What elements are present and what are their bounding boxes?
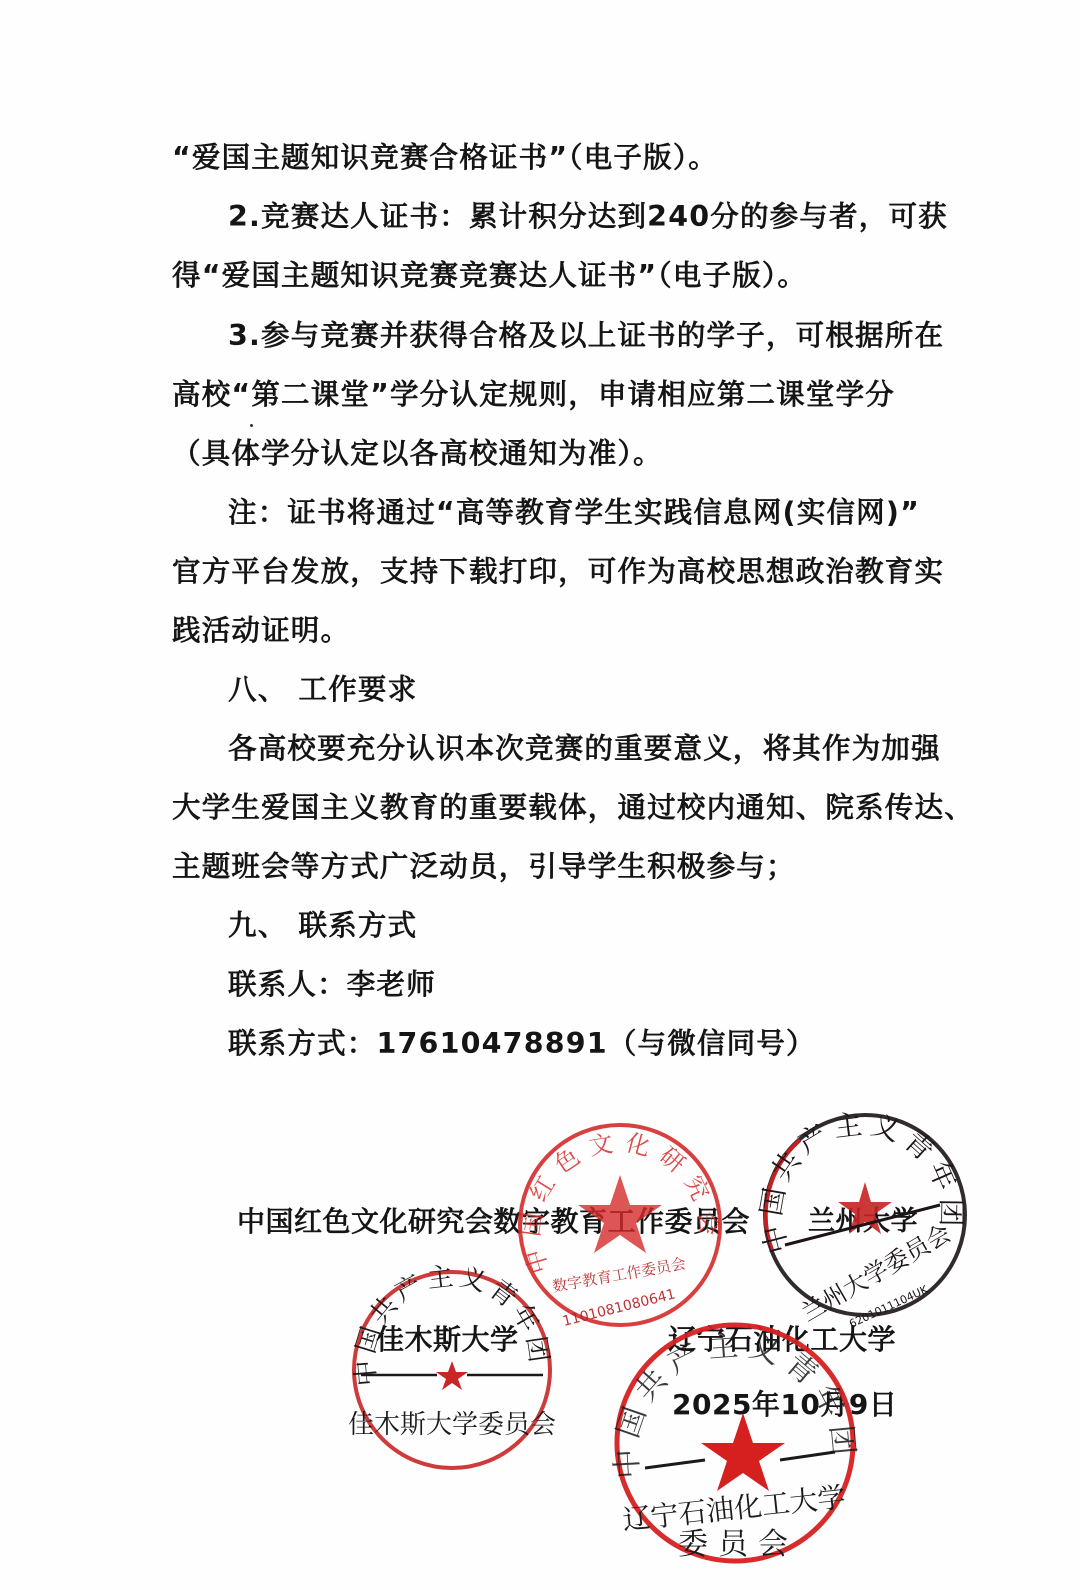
section-heading-work-requirements: 八、 工作要求 [228,670,417,710]
paragraph-line: 高校“第二课堂”学分认定规则，申请相应第二课堂学分 [172,375,895,415]
paragraph-line: 主题班会等方式广泛动员，引导学生积极参与； [172,847,796,887]
svg-text:委员会: 委员会 [678,1527,798,1562]
svg-text:1101081080641: 1101081080641 [561,1286,677,1330]
stray-dot [250,424,253,427]
signature-liaoning-petrochem: 辽宁石油化工大学 [668,1320,896,1360]
svg-text:佳木斯大学委员会: 佳木斯大学委员会 [348,1410,556,1440]
contact-person: 联系人：李老师 [228,965,436,1005]
document-page: “爱国主题知识竞赛合格证书”（电子版）。 2.竞赛达人证书：累计积分达到240分… [0,0,1080,1590]
signature-org-red-culture: 中国红色文化研究会数字教育工作委员会 [237,1202,750,1242]
section-heading-contact: 九、 联系方式 [228,906,417,946]
contact-phone: 联系方式：17610478891（与微信同号） [228,1024,816,1064]
signature-date: 2025年10月9日 [672,1385,897,1425]
paragraph-line: 3.参与竞赛并获得合格及以上证书的学子，可根据所在 [228,316,944,356]
stamp-jiamusi-university-youth-league: 中国共产主义青年团 佳木斯大学委员会 [347,1265,557,1475]
paragraph-line: 各高校要充分认识本次竞赛的重要意义，将其作为加强 [228,729,941,769]
paragraph-line: 注：证书将通过“高等教育学生实践信息网(实信网)” [228,493,920,533]
paragraph-line: 大学生爱国主义教育的重要载体，通过校内通知、院系传达、 [172,788,974,828]
signature-lanzhou-university: 兰州大学 [808,1202,918,1242]
paragraph-line: 践活动证明。 [172,611,350,651]
svg-text:数字教育工作委员会: 数字教育工作委员会 [551,1254,687,1295]
svg-text:辽宁石油化工大学: 辽宁石油化工大学 [621,1480,847,1536]
paragraph-line: 官方平台发放，支持下载打印，可作为高校思想政治教育实 [172,552,944,592]
signature-jiamusi-university: 佳木斯大学 [376,1320,519,1360]
paragraph-line: （具体学分认定以各高校通知为准）。 [172,434,663,474]
paragraph-line: 2.竞赛达人证书：累计积分达到240分的参与者，可获 [228,197,948,237]
paragraph-line: 得“爱国主题知识竞赛竞赛达人证书”（电子版）。 [172,256,807,296]
stamp-seal-icon: 中国共产主义青年团 佳木斯大学委员会 [347,1265,557,1475]
paragraph-line: “爱国主题知识竞赛合格证书”（电子版）。 [172,138,718,178]
